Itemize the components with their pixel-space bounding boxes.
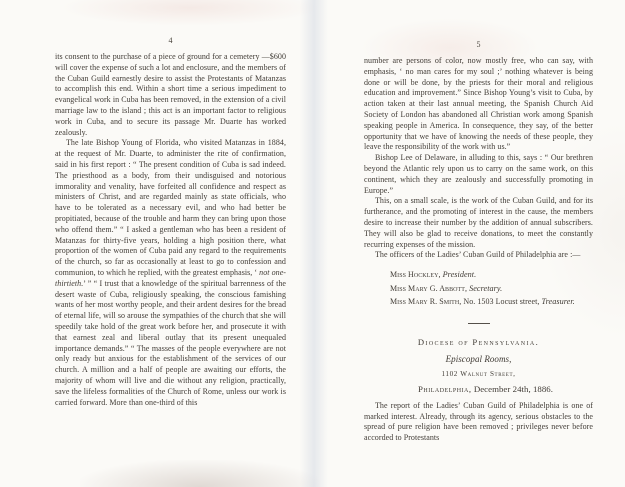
officer-title: President. — [443, 270, 477, 279]
officer-name: Miss Mary G. Abbott, — [390, 284, 467, 293]
officer-president: Miss Hockley, President. — [390, 268, 593, 282]
officer-treasurer: Miss Mary R. Smith, No. 1503 Locust stre… — [390, 295, 593, 309]
letterhead-city-date: Philadelphia, December 24th, 1886. — [378, 384, 593, 395]
page-4-text-column: its consent to the purchase of a piece o… — [55, 52, 286, 408]
page-5-text-column: number are persons of color, now mostly … — [364, 56, 593, 444]
scan-stain-bottom-left — [80, 460, 320, 487]
officers-list: Miss Hockley, President. Miss Mary G. Ab… — [390, 268, 593, 309]
paragraph-bishop-lee: Bishop Lee of Delaware, in alluding to t… — [364, 153, 593, 196]
officer-title: Secretary. — [469, 284, 502, 293]
book-spread: 4 its consent to the purchase of a piece… — [0, 0, 625, 487]
letterhead-address: 1102 Walnut Street, — [364, 369, 593, 380]
letterhead-city: Philadelphia, — [418, 384, 472, 394]
officer-title: Treasurer. — [541, 297, 574, 306]
paragraph-continuation: number are persons of color, now mostly … — [364, 56, 593, 153]
page-gutter-shadow — [300, 0, 328, 487]
officer-secretary: Miss Mary G. Abbott, Secretary. — [390, 282, 593, 296]
paragraph-text: ’ ” “ I trust that a knowledge of the sp… — [55, 279, 286, 407]
page-number-right: 5 — [364, 40, 593, 49]
section-heading-diocese: Diocese of Pennsylvania. — [364, 337, 593, 348]
officer-name: Miss Hockley, — [390, 270, 441, 279]
paragraph-cuban-guild-work: This, on a small scale, is the work of t… — [364, 196, 593, 250]
paragraph-bishop-young-report: The late Bishop Young of Florida, who vi… — [55, 138, 286, 408]
officer-name: Miss Mary R. Smith, — [390, 297, 461, 306]
paragraph-officers-intro: The officers of the Ladies’ Cuban Guild … — [364, 250, 593, 261]
page-number-left: 4 — [55, 36, 286, 45]
officer-extra: No. 1503 Locust street, — [461, 297, 541, 306]
section-divider-rule — [468, 323, 490, 324]
paragraph-report-intro: The report of the Ladies’ Cuban Guild of… — [364, 401, 593, 444]
paragraph-continuation: its consent to the purchase of a piece o… — [55, 52, 286, 138]
letterhead-office: Episcopal Rooms, — [364, 354, 593, 365]
letterhead-date: December 24th, 1886. — [472, 384, 553, 394]
paragraph-text: The late Bishop Young of Florida, who vi… — [55, 138, 286, 277]
scan-stain-top-left — [60, 0, 320, 26]
